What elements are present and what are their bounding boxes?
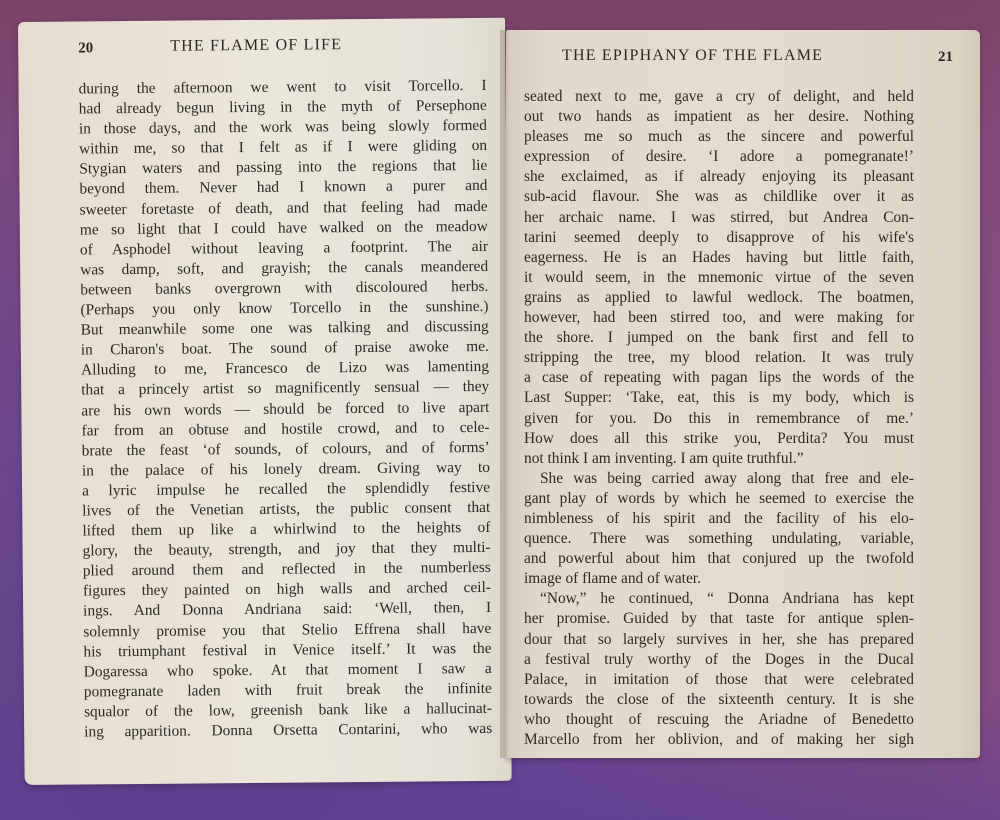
text-line: expression of desire. ‘I adore a pomegra… [524, 147, 914, 167]
right-page-body-text: seated next to me, gave a cry of delight… [524, 87, 914, 750]
text-line: tarini seemed deeply to disapprove of hi… [524, 228, 914, 248]
text-line: quence. There was something undulating, … [524, 529, 914, 549]
text-line: it would seem, in the mnemonic virtue of… [524, 268, 914, 288]
text-line: Palace, in imitation of those that were … [524, 670, 914, 690]
text-line: towards the close of the sixteenth centu… [524, 690, 914, 710]
text-line: gant play of words by which he seemed to… [524, 489, 914, 509]
text-line: image of flame and of water. [524, 569, 914, 589]
text-line: not think I am inventing. I am quite tru… [524, 449, 914, 469]
chapter-title-header: THE EPIPHANY OF THE FLAME [562, 47, 823, 65]
text-line: her archaic name. I was stirred, but And… [524, 208, 914, 228]
text-line: Last Supper: ‘Take, eat, this is my body… [524, 388, 914, 408]
text-line: stripping the tree, my blood relation. I… [524, 348, 914, 368]
text-line: her promise. Guided by that taste for an… [524, 609, 914, 629]
text-line: dour that so largely survives in her, sh… [524, 630, 914, 650]
text-line: Marcello from her oblivion, and of makin… [524, 730, 914, 750]
text-line: and powerful about him that conjured up … [524, 549, 914, 569]
left-page-body-text: during the afternoon we went to visit To… [79, 76, 493, 743]
left-page: 20 THE FLAME OF LIFE during the afternoo… [18, 18, 512, 785]
text-line: the shore. I jumped on the bank first an… [524, 328, 914, 348]
text-line: a festival truly worthy of the Doges in … [524, 650, 914, 670]
book-title-header: THE FLAME OF LIFE [170, 36, 342, 56]
page-number-left: 20 [78, 40, 93, 57]
text-line: she exclaimed, as if already enjoying it… [524, 167, 914, 187]
text-line: seated next to me, gave a cry of delight… [524, 87, 914, 107]
left-running-head: 20 THE FLAME OF LIFE [18, 35, 505, 61]
text-line: out two hands as impatient as her desire… [524, 107, 914, 127]
text-line: grains as applied to lawful wedlock. The… [524, 288, 914, 308]
text-line: “Now,” he continued, “ Donna Andriana ha… [524, 589, 914, 609]
book-gutter-shadow [500, 30, 510, 758]
text-line: She was being carried away along that fr… [524, 469, 914, 489]
text-line: a case of repeating with pagan lips the … [524, 368, 914, 388]
text-line: however, had been stirred too, and were … [524, 308, 914, 328]
text-line: who thought of rescuing the Ariadne of B… [524, 710, 914, 730]
right-page: THE EPIPHANY OF THE FLAME 21 seated next… [506, 30, 980, 758]
text-line: How does all this strike you, Perdita? Y… [524, 429, 914, 449]
text-line: sub-acid flavour. She was as childlike o… [524, 187, 914, 207]
text-line: eagerness. He is an Hades having but lit… [524, 248, 914, 268]
text-line: ing apparition. Donna Orsetta Contarini,… [84, 719, 492, 743]
text-line: nimbleness of his spirit and the facilit… [524, 509, 914, 529]
text-line: that a princely artist so magnificently … [81, 377, 489, 401]
text-line: given for you. Do this in remembrance of… [524, 409, 914, 429]
right-running-head: THE EPIPHANY OF THE FLAME 21 [506, 47, 980, 69]
text-line: pleases me so much as the sincere and po… [524, 127, 914, 147]
page-number-right: 21 [938, 49, 953, 66]
